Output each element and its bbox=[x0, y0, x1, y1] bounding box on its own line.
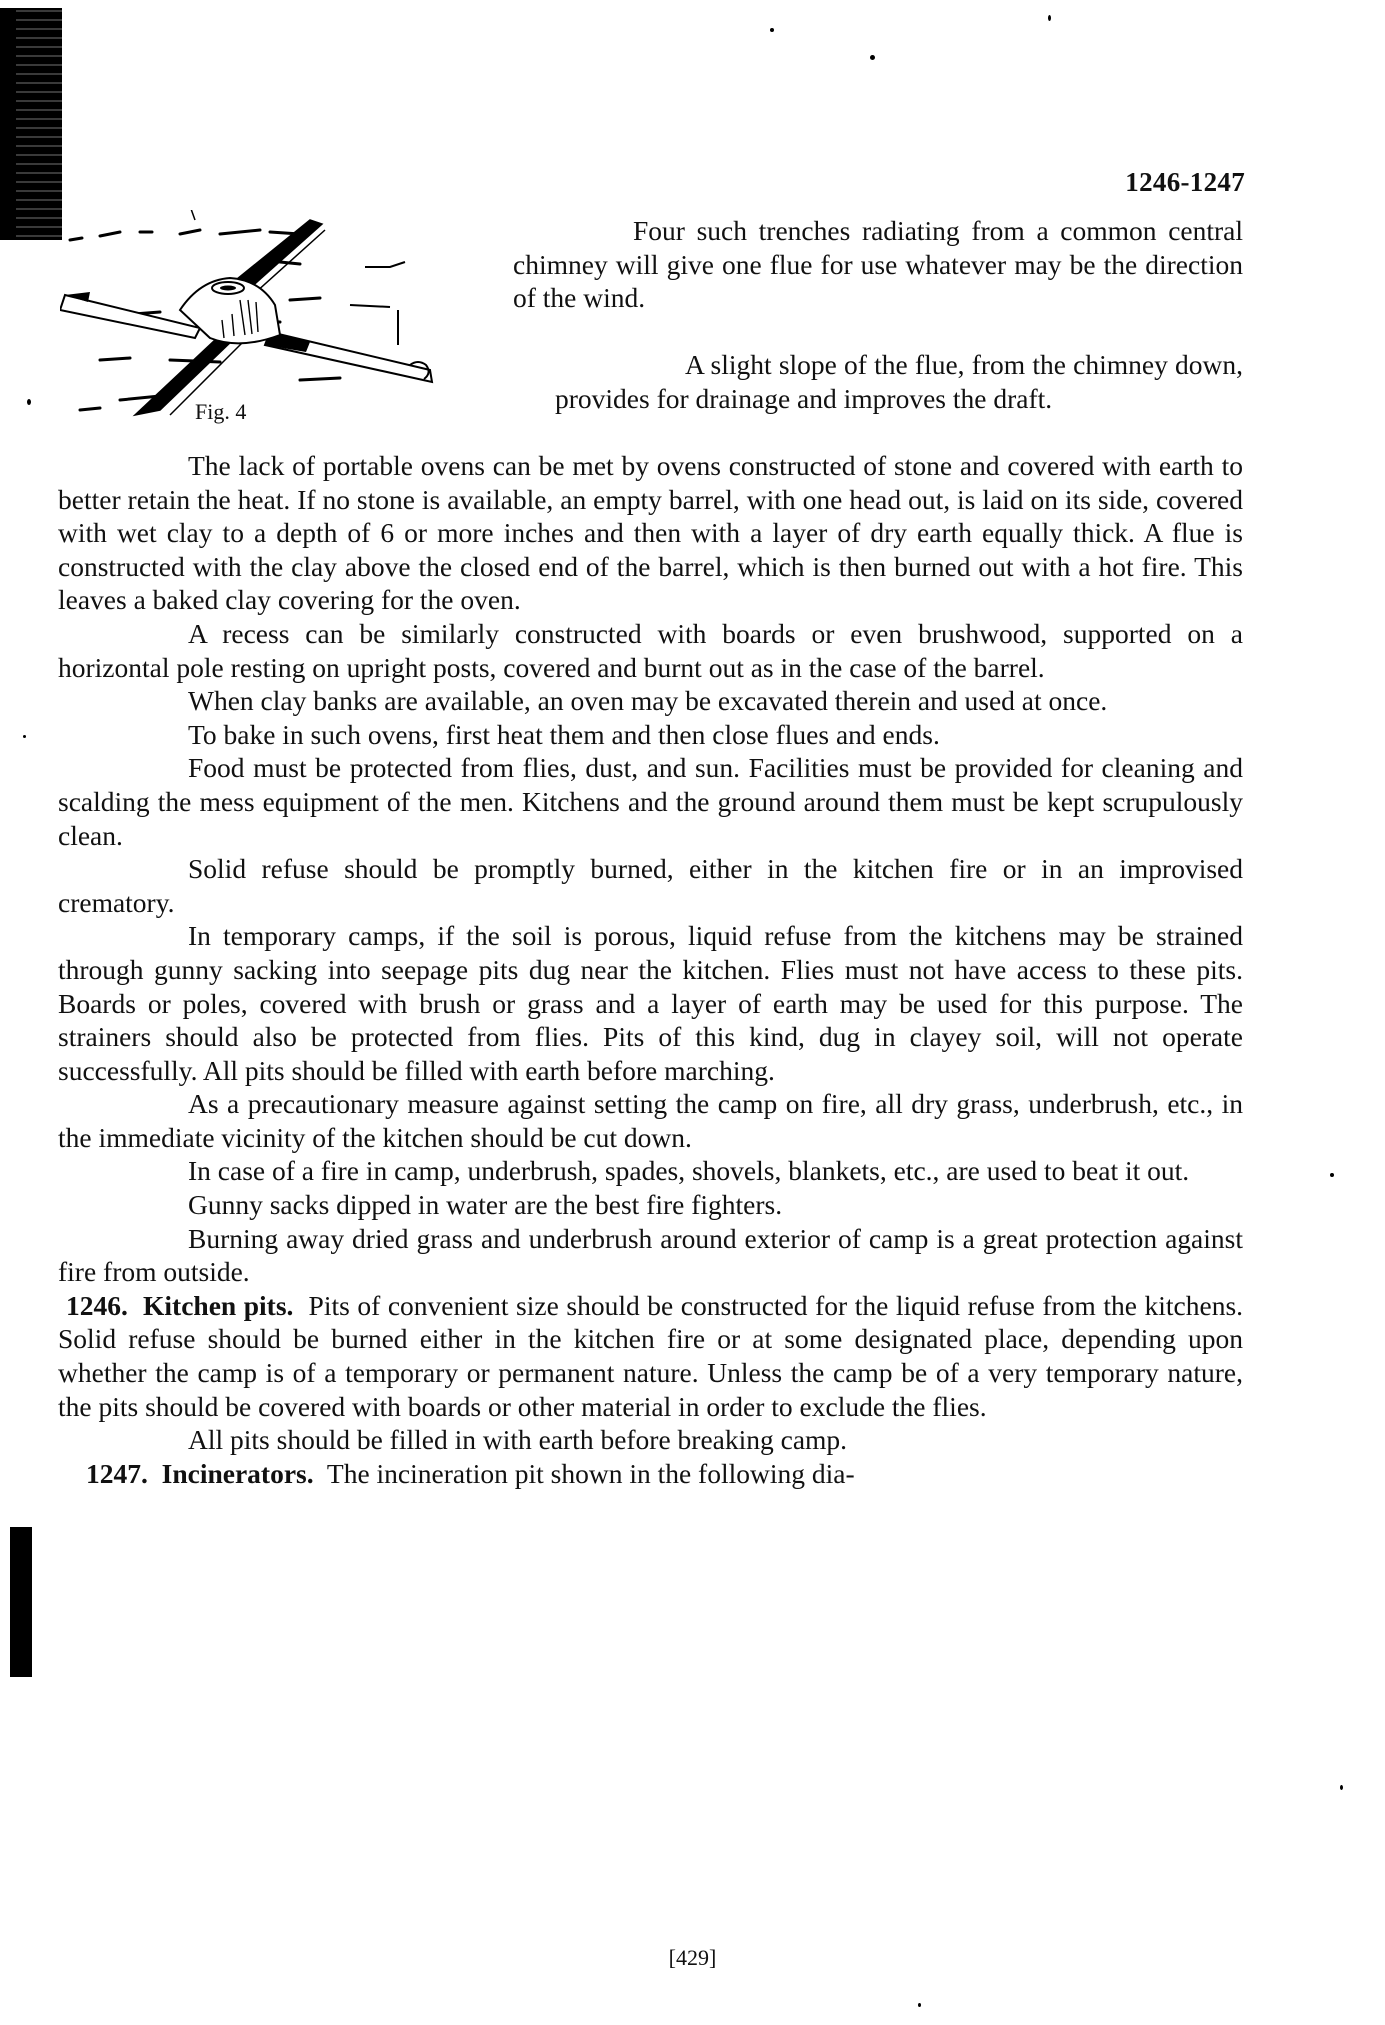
side-text-column: Four such trenches radiating from a comm… bbox=[513, 214, 1243, 315]
section-range-header: 1246-1247 bbox=[1125, 167, 1245, 198]
paragraph: The lack of portable ovens can be met by… bbox=[58, 449, 1243, 617]
paragraph: When clay banks are available, an oven m… bbox=[58, 684, 1243, 718]
section-number: 1247. bbox=[86, 1458, 148, 1489]
trench-illustration-icon bbox=[60, 210, 500, 440]
paragraph: In temporary camps, if the soil is porou… bbox=[58, 919, 1243, 1087]
scan-speck bbox=[918, 2003, 921, 2007]
scan-speck bbox=[23, 735, 26, 738]
paragraph: A slight slope of the flue, from the chi… bbox=[555, 348, 1243, 415]
section-title: Incinerators. bbox=[162, 1458, 314, 1489]
document-page: 1246-1247 bbox=[0, 0, 1385, 2025]
scan-speck bbox=[27, 399, 31, 405]
scan-speck bbox=[870, 55, 875, 60]
main-body-text: The lack of portable ovens can be met by… bbox=[58, 449, 1243, 1490]
paragraph: A recess can be similarly constructed wi… bbox=[58, 617, 1243, 684]
paragraph: Burning away dried grass and underbrush … bbox=[58, 1222, 1243, 1289]
section-1246: 1246. Kitchen pits. Pits of convenient s… bbox=[58, 1289, 1243, 1423]
scan-binding-shadow-bottom bbox=[10, 1527, 32, 1677]
paragraph: Gunny sacks dipped in water are the best… bbox=[58, 1188, 1243, 1222]
scan-speck bbox=[1340, 1785, 1343, 1790]
page-number: [429] bbox=[0, 1945, 1385, 1971]
section-number: 1246. bbox=[66, 1290, 128, 1321]
scan-speck bbox=[1330, 1173, 1334, 1177]
figure-caption: Fig. 4 bbox=[195, 399, 246, 425]
section-title: Kitchen pits. bbox=[143, 1290, 293, 1321]
paragraph: As a precautionary measure against setti… bbox=[58, 1087, 1243, 1154]
paragraph: Food must be protected from flies, dust,… bbox=[58, 751, 1243, 852]
section-text: The incineration pit shown in the follow… bbox=[327, 1458, 855, 1489]
paragraph: Solid refuse should be promptly burned, … bbox=[58, 852, 1243, 919]
scan-speck bbox=[770, 28, 774, 32]
scan-speck bbox=[1048, 15, 1051, 21]
paragraph: All pits should be filled in with earth … bbox=[58, 1423, 1243, 1457]
scan-binding-shadow-top bbox=[0, 8, 62, 240]
paragraph: To bake in such ovens, first heat them a… bbox=[58, 718, 1243, 752]
side-text-column-2: A slight slope of the flue, from the chi… bbox=[555, 348, 1243, 415]
paragraph: In case of a fire in camp, underbrush, s… bbox=[58, 1154, 1243, 1188]
trench-chimney-figure bbox=[60, 210, 500, 440]
paragraph: Four such trenches radiating from a comm… bbox=[513, 214, 1243, 315]
section-1247: 1247. Incinerators. The incineration pit… bbox=[58, 1457, 1243, 1491]
